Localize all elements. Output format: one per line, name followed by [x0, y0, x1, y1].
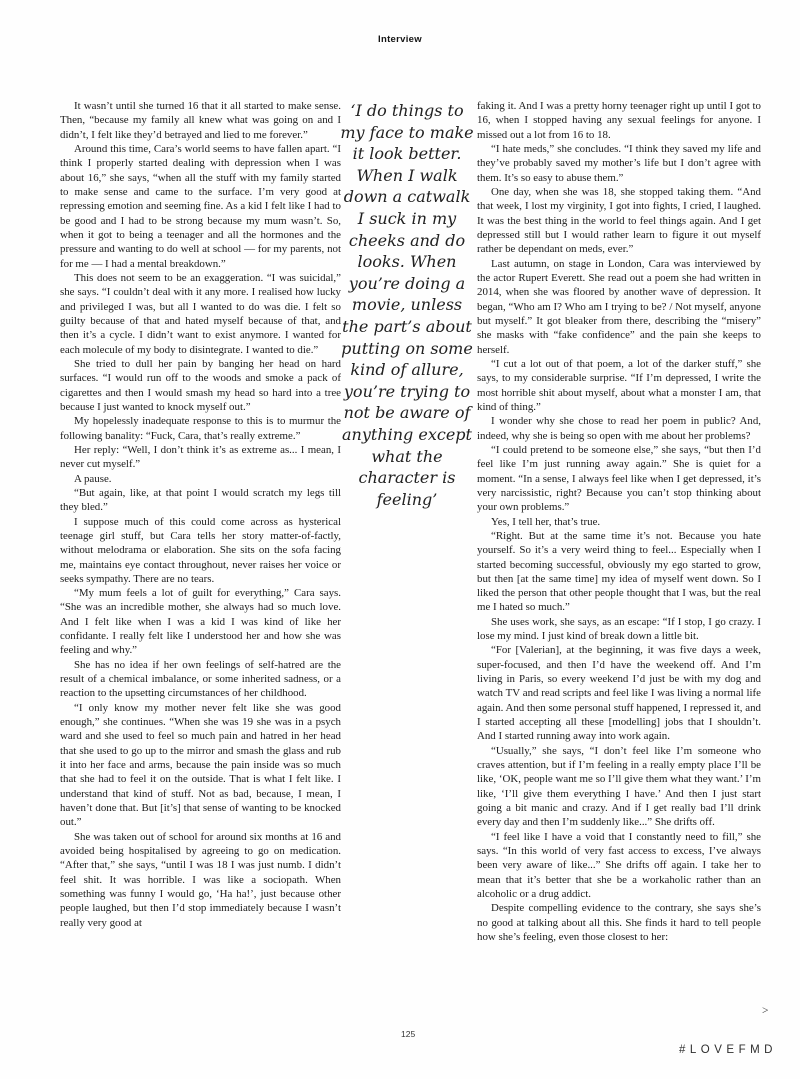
paragraph: She has no idea if her own feelings of s… [60, 658, 341, 701]
paragraph: “I cut a lot out of that poem, a lot of … [477, 357, 761, 414]
paragraph: Around this time, Cara’s world seems to … [60, 142, 341, 271]
paragraph: “Right. But at the same time it’s not. B… [477, 529, 761, 615]
continued-arrow-icon: > [762, 1005, 769, 1017]
magazine-page: Interview It wasn’t until she turned 16 … [0, 0, 800, 1079]
paragraph: “But again, like, at that point I would … [60, 486, 341, 515]
paragraph: “I only know my mother never felt like s… [60, 701, 341, 830]
paragraph: “For [Valerian], at the beginning, it wa… [477, 643, 761, 743]
page-number: 125 [401, 1029, 415, 1039]
paragraph: Last autumn, on stage in London, Cara wa… [477, 257, 761, 357]
paragraph: “Usually,” she says, “I don’t feel like … [477, 744, 761, 830]
paragraph: Despite compelling evidence to the contr… [477, 901, 761, 944]
paragraph: She was taken out of school for around s… [60, 830, 341, 930]
paragraph: This does not seem to be an exaggeration… [60, 271, 341, 357]
paragraph: One day, when she was 18, she stopped ta… [477, 185, 761, 257]
paragraph: “I could pretend to be someone else,” sh… [477, 443, 761, 515]
section-header: Interview [0, 34, 800, 45]
left-text-column: It wasn’t until she turned 16 that it al… [60, 99, 341, 1037]
paragraph: I suppose much of this could come across… [60, 515, 341, 587]
lovefmd-watermark: #LOVEFMD [679, 1044, 777, 1056]
paragraph: “I hate meds,” she concludes. “I think t… [477, 142, 761, 185]
paragraph: It wasn’t until she turned 16 that it al… [60, 99, 341, 142]
paragraph: “My mum feels a lot of guilt for everyth… [60, 586, 341, 658]
paragraph: A pause. [60, 472, 341, 486]
pull-quote: ‘I do things to my face to make it look … [340, 100, 474, 510]
paragraph: My hopelessly inadequate response to thi… [60, 414, 341, 443]
paragraph: “I feel like I have a void that I consta… [477, 830, 761, 902]
paragraph: faking it. And I was a pretty horny teen… [477, 99, 761, 142]
paragraph: Her reply: “Well, I don’t think it’s as … [60, 443, 341, 472]
paragraph: I wonder why she chose to read her poem … [477, 414, 761, 443]
right-text-column: faking it. And I was a pretty horny teen… [477, 99, 761, 1037]
paragraph: Yes, I tell her, that’s true. [477, 515, 761, 529]
paragraph: She tried to dull her pain by banging he… [60, 357, 341, 414]
paragraph: She uses work, she says, as an escape: “… [477, 615, 761, 644]
